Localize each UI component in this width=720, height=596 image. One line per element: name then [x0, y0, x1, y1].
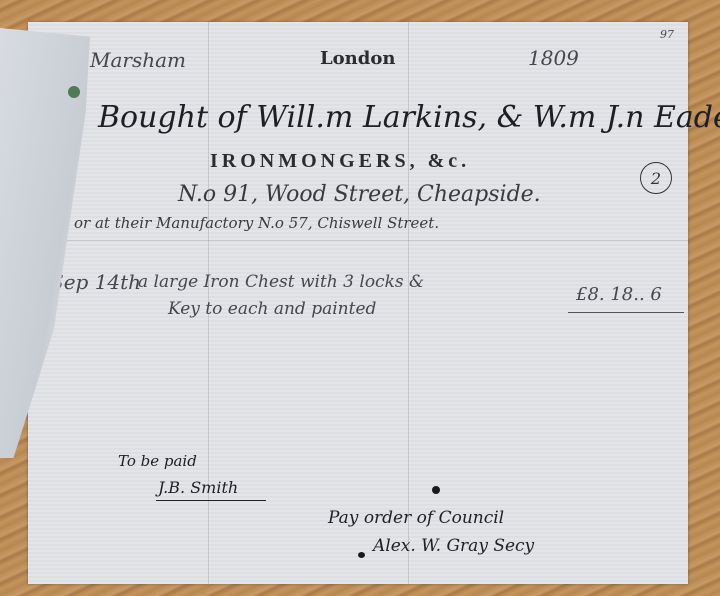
item-description-1: a large Iron Chest with 3 locks &	[138, 272, 424, 292]
item-date: Sep 14th	[50, 270, 141, 294]
city-title: London	[320, 48, 395, 69]
trade-title: IRONMONGERS, &c.	[210, 150, 470, 173]
receipt-paper: 97 Marsham London 1809 Bought of Will.m …	[28, 22, 688, 584]
address: N.o 91, Wood Street, Cheapside.	[178, 182, 541, 207]
payer-signature: J.B. Smith	[158, 478, 238, 497]
circled-number-text: 2	[651, 169, 661, 188]
order-line: Pay order of Council	[328, 508, 504, 528]
manufactory-address: or at their Manufactory N.o 57, Chiswell…	[74, 214, 439, 232]
signature-underline	[156, 500, 266, 501]
circled-number: 2	[640, 162, 672, 194]
signatory: Alex. W. Gray Secy	[373, 536, 534, 556]
ink-blot	[432, 486, 440, 494]
wax-seal	[68, 86, 80, 98]
item-description-2: Key to each and painted	[168, 299, 376, 319]
page-number: 97	[660, 28, 674, 41]
year: 1809	[528, 46, 579, 70]
amount-underline	[568, 312, 684, 313]
fold-line	[28, 240, 688, 241]
ink-blot	[358, 552, 365, 558]
item-amount: £8. 18.. 6	[576, 284, 662, 305]
to-be-paid-note: To be paid	[118, 452, 197, 470]
place-handwritten: Marsham	[90, 48, 186, 72]
merchant-name: Bought of Will.m Larkins, & W.m J.n Eade…	[98, 100, 720, 135]
